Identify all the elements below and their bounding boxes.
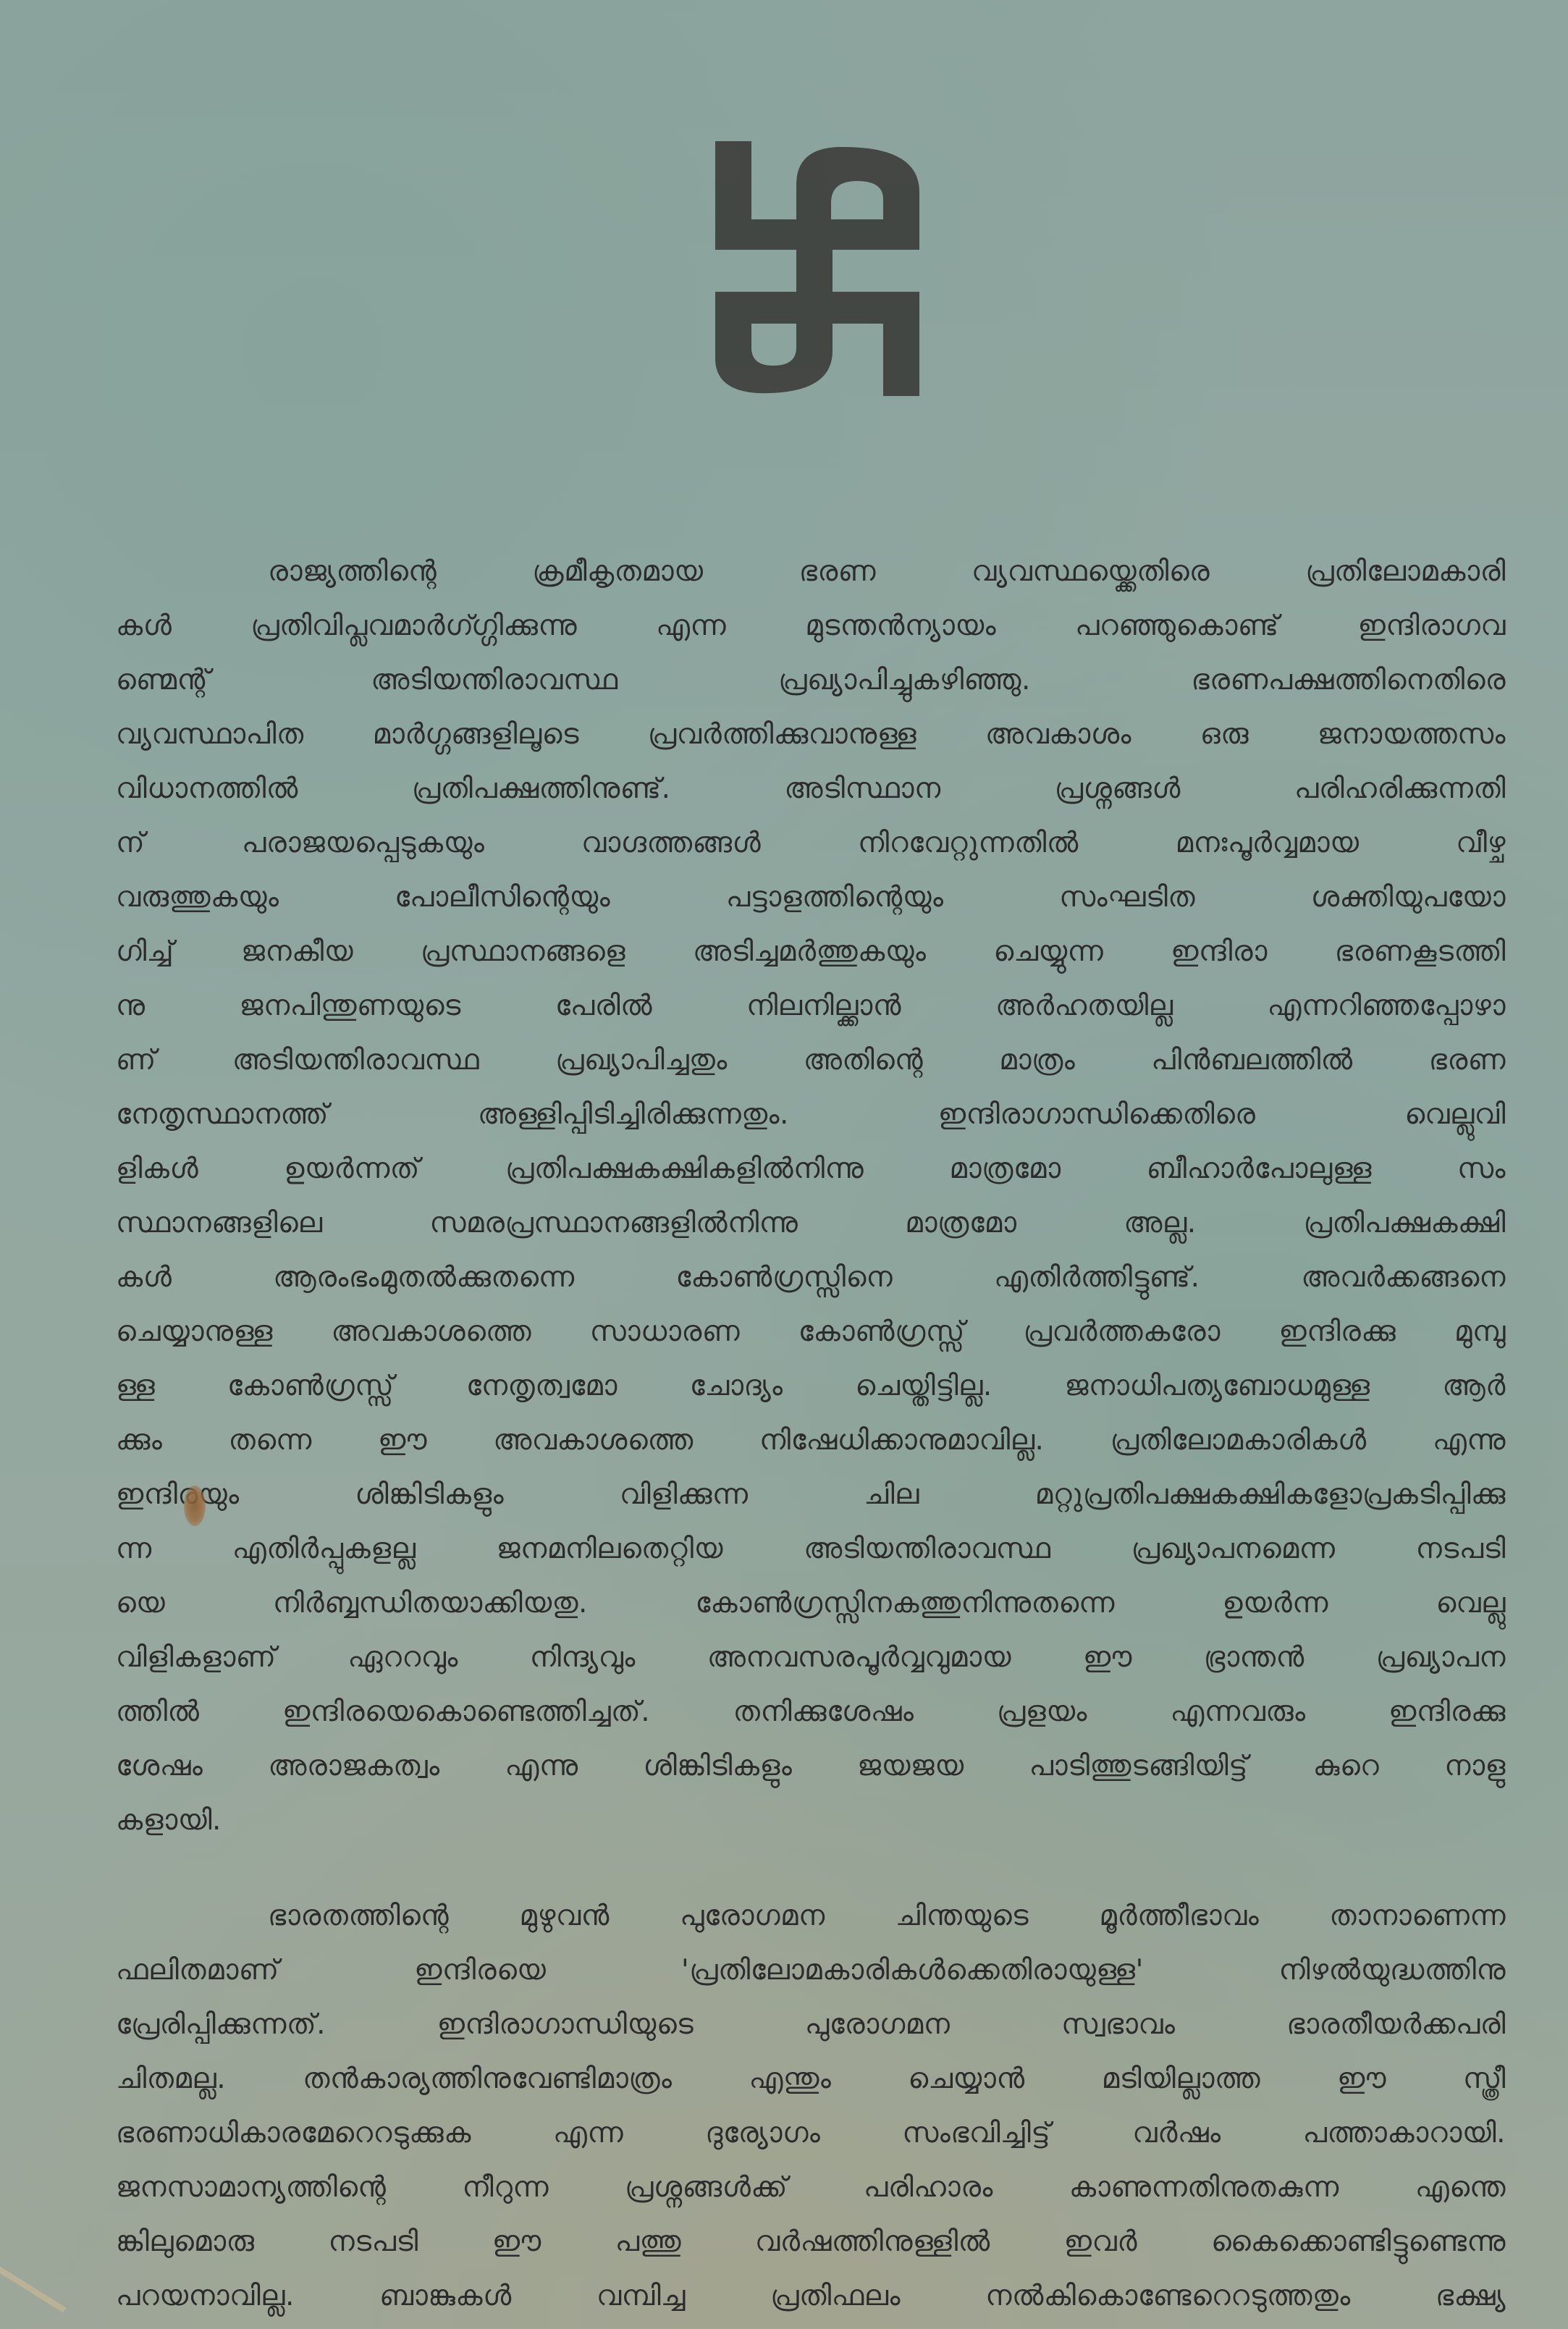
text-line: ണ് അടിയന്തിരാവസ്ഥ പ്രഖ്യാപിച്ചതും അതിന്റ…	[116, 1033, 1506, 1087]
paper-corner-fold	[0, 2254, 66, 2313]
text-line: പ്രേരിപ്പിക്കുന്നത്. ഇന്ദിരാഗാന്ധിയുടെ പ…	[116, 1997, 1506, 2052]
text-line: ളികൾ ഉയർന്നത് പ്രതിപക്ഷകക്ഷികളിൽനിന്നു മ…	[116, 1142, 1506, 1196]
text-line: വിളികളാണ് ഏററവും നിന്ദ്യവും അനവസരപൂർവ്വവ…	[116, 1630, 1506, 1685]
text-line: ക്കും തന്നെ ഈ അവകാശത്തെ നിഷേധിക്കാനുമാവി…	[116, 1413, 1506, 1467]
text-line: ചെയ്യാനുള്ള അവകാശത്തെ സാധാരണ കോൺഗ്രസ്സ് …	[116, 1305, 1506, 1359]
text-line: സ്ഥാനങ്ങളിലെ സമരപ്രസ്ഥാനങ്ങളിൽനിന്നു മാത…	[116, 1196, 1506, 1250]
text-line: ന് പരാജയപ്പെടുകയും വാഗ്ദത്തങ്ങൾ നിറവേറ്റ…	[116, 816, 1506, 870]
text-line: പറയനാവില്ല. ബാങ്കുകൾ വമ്പിച്ച പ്രതിഫലം ന…	[116, 2269, 1506, 2323]
text-line: കൾ ആരംഭംമുതൽക്കുതന്നെ കോൺഗ്രസ്സിനെ എതിർത…	[116, 1250, 1506, 1305]
text-line: കളായി.	[116, 1793, 1506, 1848]
text-line: ങ്കിലുമൊരു നടപടി ഈ പത്തു വർഷത്തിനുള്ളിൽ …	[116, 2215, 1506, 2269]
text-line: നു ജനപിന്തുണയുടെ പേരിൽ നിലനില്ക്കാൻ അർഹത…	[116, 979, 1506, 1033]
text-line: ശേഷം അരാജകത്വം എന്നു ശിങ്കിടികളും ജയജയ പ…	[116, 1739, 1506, 1793]
text-line: രാജ്യത്തിന്റെ ക്രമീകൃതമായ ഭരണ വ്യവസ്ഥയ്ക…	[116, 544, 1506, 599]
text-line: ഭരണാധികാരമേറെറടുക്കുക എന്ന ദുര്യോഗം സംഭവ…	[116, 2106, 1506, 2160]
paragraph-2: ഭാരതത്തിന്റെ മുഴുവൻ പുരോഗമന ചിന്തയുടെ മൂ…	[116, 1889, 1506, 2323]
text-line: നേതൃസ്ഥാനത്ത് അള്ളിപ്പിടിച്ചിരിക്കുന്നതു…	[116, 1087, 1506, 1142]
text-line: ത്തിൽ ഇന്ദിരയെകൊണ്ടെത്തിച്ചത്. തനിക്കുശേ…	[116, 1685, 1506, 1739]
text-line: ഭാരതത്തിന്റെ മുഴുവൻ പുരോഗമന ചിന്തയുടെ മൂ…	[116, 1889, 1506, 1943]
text-line: ഗിച്ച് ജനകീയ പ്രസ്ഥാനങ്ങളെ അടിച്ചമർത്തുക…	[116, 925, 1506, 979]
text-line: ജനസാമാന്യത്തിന്റെ നീറുന്ന പ്രശ്നങ്ങൾക്ക്…	[116, 2160, 1506, 2215]
paragraph-gap	[116, 1848, 1506, 1889]
text-line: ള്ള കോൺഗ്രസ്സ് നേതൃത്വമോ ചോദ്യം ചെയ്തിട്…	[116, 1359, 1506, 1413]
text-line: യെ നിർബ്ബന്ധിതയാക്കിയതു. കോൺഗ്രസ്സിനകത്ത…	[116, 1576, 1506, 1630]
paper-stain	[184, 1486, 206, 1526]
body-text: രാജ്യത്തിന്റെ ക്രമീകൃതമായ ഭരണ വ്യവസ്ഥയ്ക…	[116, 544, 1506, 2323]
text-line: വിധാനത്തിൽ പ്രതിപക്ഷത്തിനുണ്ട്. അടിസ്ഥാന…	[116, 762, 1506, 816]
text-line: ഇന്ദിരയും ശിങ്കിടികളും വിളിക്കുന്ന ചില മ…	[116, 1467, 1506, 1522]
swastika-emblem-icon	[715, 141, 919, 396]
text-line: ണ്മെന്റ് അടിയന്തിരാവസ്ഥ പ്രഖ്യാപിച്ചുകഴി…	[116, 653, 1506, 707]
text-line: വ്യവസ്ഥാപിത മാർഗ്ഗങ്ങളിലൂടെ പ്രവർത്തിക്ക…	[116, 707, 1506, 762]
document-page: രാജ്യത്തിന്റെ ക്രമീകൃതമായ ഭരണ വ്യവസ്ഥയ്ക…	[0, 0, 1568, 2329]
paragraph-1: രാജ്യത്തിന്റെ ക്രമീകൃതമായ ഭരണ വ്യവസ്ഥയ്ക…	[116, 544, 1506, 1848]
text-line: കൾ പ്രതിവിപ്ലവമാർഗ്ഗ്ഗിക്കുന്നു എന്ന മുട…	[116, 599, 1506, 653]
text-line: ചിതമല്ല. തൻകാര്യത്തിനുവേണ്ടിമാത്രം എന്തു…	[116, 2052, 1506, 2106]
text-line: ന്ന എതിർപ്പുകളല്ല ജനമനിലതെറ്റിയ അടിയന്തി…	[116, 1522, 1506, 1576]
text-line: വരുത്തുകയും പോലീസിന്റെയും പട്ടാളത്തിന്റെ…	[116, 870, 1506, 925]
text-line: ഫലിതമാണ് ഇന്ദിരയെ 'പ്രതിലോമകാരികൾക്കെതിര…	[116, 1943, 1506, 1997]
